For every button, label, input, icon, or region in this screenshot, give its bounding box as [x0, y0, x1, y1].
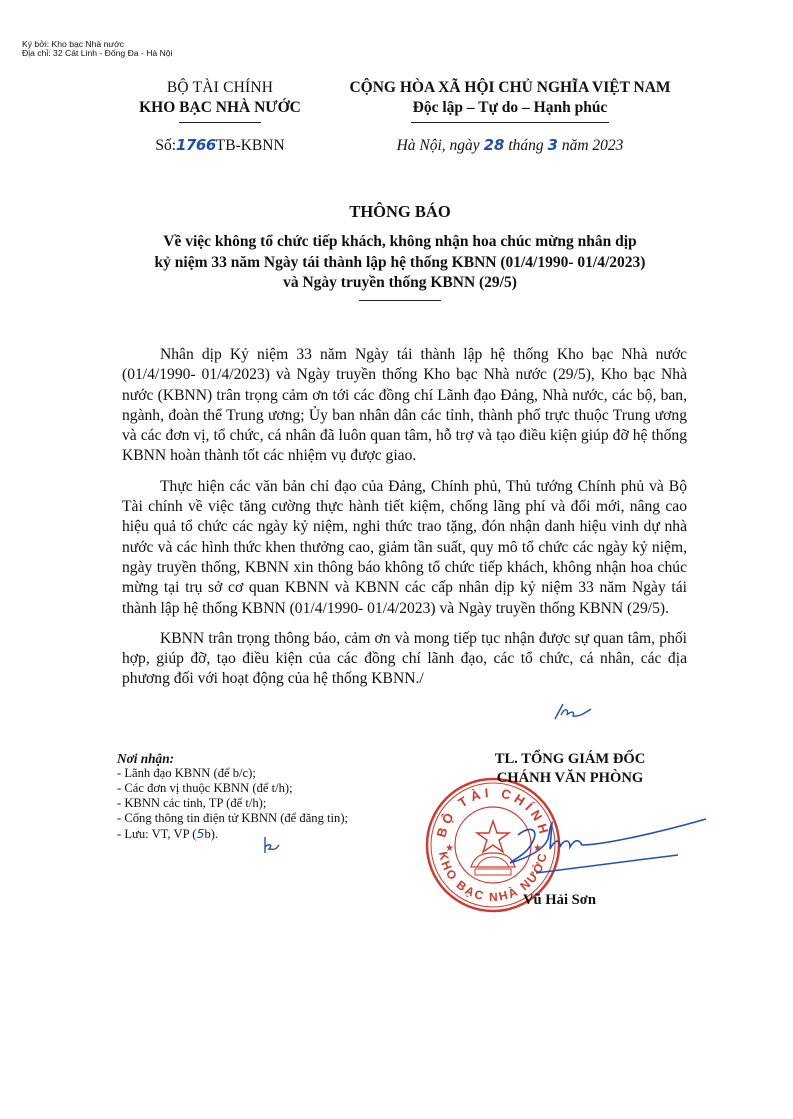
signature-block: TL. TỔNG GIÁM ĐỐC CHÁNH VĂN PHÒNG [470, 750, 670, 788]
divider [411, 122, 609, 123]
document-subject: Về việc không tổ chức tiếp khách, không … [100, 232, 700, 301]
recipient-item: - Lãnh đạo KBNN (để b/c); [117, 766, 417, 781]
archive-suffix: b). [205, 827, 219, 841]
recipient-item: - Các đơn vị thuộc KBNN (để t/h); [117, 781, 417, 796]
svg-text:★: ★ [445, 843, 454, 854]
signature-title-line2: CHÁNH VĂN PHÒNG [470, 769, 670, 788]
recipients-list: Nơi nhận: - Lãnh đạo KBNN (để b/c); - Cá… [117, 751, 417, 842]
national-heading: CỘNG HÒA XÃ HỘI CHỦ NGHĨA VIỆT NAM Độc l… [340, 78, 680, 123]
place-prefix: Hà Nội, ngày [397, 137, 480, 154]
archive-count-handwritten: 5 [196, 826, 204, 841]
agency-name: KHO BẠC NHÀ NƯỚC [135, 98, 305, 118]
archive-prefix: - Lưu: VT, VP ( [117, 827, 196, 841]
divider [359, 300, 441, 301]
signer-address: Địa chỉ: 32 Cát Linh - Đống Đa - Hà Nội [22, 49, 172, 58]
paragraph: KBNN trân trọng thông báo, cảm ơn và mon… [122, 629, 687, 690]
paragraph: Nhân dịp Kỷ niệm 33 năm Ngày tái thành l… [122, 345, 687, 467]
divider [179, 122, 261, 123]
handwritten-initial-icon [553, 701, 593, 723]
recipient-item: - KBNN các tỉnh, TP (để t/h); [117, 796, 417, 811]
document-title: THÔNG BÁO [120, 202, 680, 222]
handwritten-signature-icon [510, 815, 710, 895]
issuing-authority: BỘ TÀI CHÍNH KHO BẠC NHÀ NƯỚC [135, 78, 305, 123]
date-month: 3 [548, 136, 558, 154]
national-motto: Độc lập – Tự do – Hạnh phúc [340, 98, 680, 118]
recipient-item: - Cổng thông tin điện tử KBNN (để đăng t… [117, 811, 417, 826]
year-label: năm 2023 [562, 137, 624, 154]
doc-number-suffix: TB-KBNN [216, 137, 285, 154]
subject-line: kỷ niệm 33 năm Ngày tái thành lập hệ thố… [100, 253, 700, 274]
doc-number-handwritten: 1766 [176, 136, 216, 154]
month-label: tháng [508, 137, 543, 154]
recipients-label: Nơi nhận: [117, 751, 417, 766]
signer-name: Vũ Hải Sơn [523, 892, 596, 909]
paragraph: Thực hiện các văn bản chỉ đạo của Đảng, … [122, 477, 687, 619]
signature-title-line1: TL. TỔNG GIÁM ĐỐC [470, 750, 670, 769]
ministry-name: BỘ TÀI CHÍNH [135, 78, 305, 98]
date-day: 28 [484, 136, 505, 154]
country-name: CỘNG HÒA XÃ HỘI CHỦ NGHĨA VIỆT NAM [340, 78, 680, 98]
document-page: Ký bởi: Kho bạc Nhà nước Địa chỉ: 32 Cát… [0, 0, 793, 1119]
document-body: Nhân dịp Kỷ niệm 33 năm Ngày tái thành l… [122, 345, 687, 700]
subject-line: và Ngày truyền thống KBNN (29/5) [100, 273, 700, 294]
digital-signature-info: Ký bởi: Kho bạc Nhà nước Địa chỉ: 32 Cát… [22, 40, 172, 58]
handwritten-initial-icon [261, 835, 281, 857]
subject-line: Về việc không tổ chức tiếp khách, không … [100, 232, 700, 253]
document-number: Số:1766TB-KBNN [135, 136, 305, 155]
doc-number-prefix: Số: [155, 137, 176, 154]
place-and-date: Hà Nội, ngày 28 tháng 3 năm 2023 [340, 136, 680, 155]
